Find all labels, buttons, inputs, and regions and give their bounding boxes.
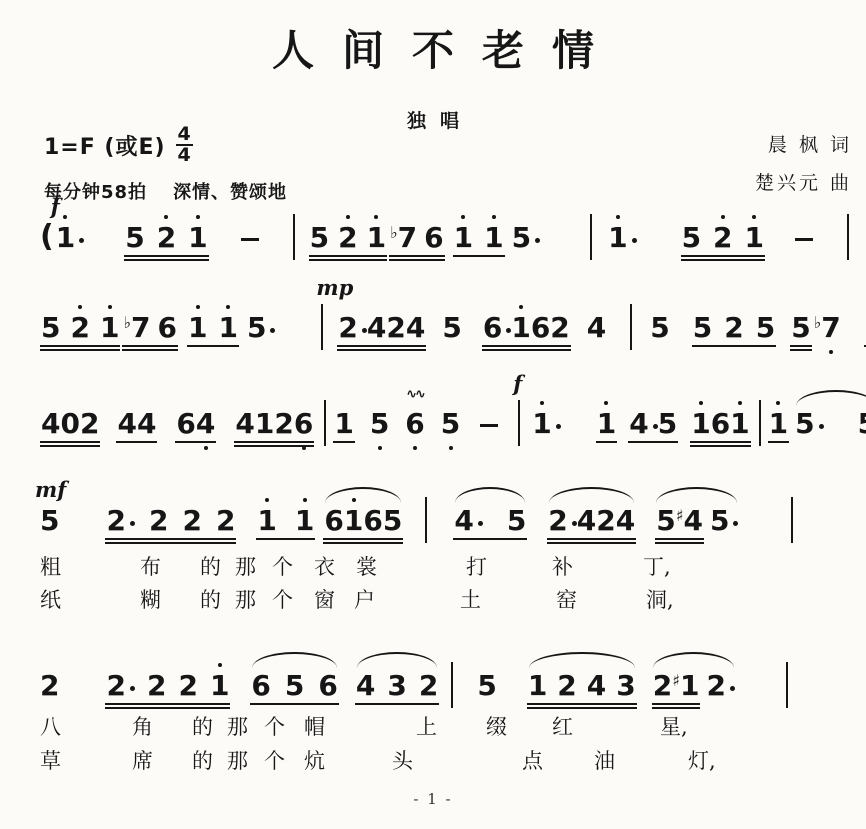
jianpu-note: 1 [608,223,636,253]
slur-arc [796,390,866,406]
slur-arc [529,652,635,668]
augmentation-dot [730,686,735,691]
note-stack: 5 [682,223,701,253]
note-group: 11 [187,313,239,343]
beam-underline [337,345,426,347]
note-stack: 4 [367,313,386,343]
beam-underline [256,538,315,540]
note-group: 44 [116,409,157,439]
beam-underline [790,349,811,351]
song-title: 人间不老情 [0,18,866,78]
beam-underline [40,345,120,347]
augmentation-dot [733,521,738,526]
note-digit: 1 [334,409,353,439]
note-digit: 2 [706,671,725,701]
beam-underline [309,259,387,261]
note-group: ♭76 [389,223,445,253]
note-digit: 1 [532,409,551,439]
note-stack: 5 [285,671,304,701]
jianpu-note: 4 [117,409,136,439]
note-digit: 5 [507,506,526,536]
note-stack: 6 [157,313,176,343]
jianpu-note: 5 [441,409,460,439]
beam-underline [105,703,230,705]
note-stack: 5 [791,313,810,343]
lyric-syllable: 油 [594,745,615,775]
note-digit: 2 [149,506,168,536]
jianpu-note: 4 [235,409,254,439]
note-digit: 2 [157,223,176,253]
duration-dash [480,424,498,427]
note-stack: 1 [730,409,749,439]
augmentation-dot [79,238,84,243]
barline [451,662,453,708]
note-digit: 2 [80,409,99,439]
note-group: 45 [628,409,678,439]
beam-underline [105,538,236,540]
note-stack: 5 [40,506,59,536]
note-stack: 4 [587,671,606,701]
note-stack: 6 [483,313,502,343]
note-stack: 5 [125,223,144,253]
lyric-syllable: 布 [140,551,161,581]
note-stack: 1 [218,313,237,343]
note-stack: 6 [405,409,424,439]
note-stack: 2 [419,671,438,701]
note-stack: 2 [178,671,197,701]
note-digit: 2 [653,671,672,701]
beam-underline [681,259,765,261]
beam-underline [790,345,811,347]
note-stack: 4 [356,671,375,701]
beam-underline [547,542,636,544]
note-stack: 2 [157,223,176,253]
note-digit: 5 [682,223,701,253]
octave-dot-low [378,446,382,450]
note-digit: 6 [531,313,550,343]
lyric-syllable: 炕 [304,745,325,775]
note-digit: 4 [587,313,606,343]
slur-arc [357,652,437,668]
note-stack: 1 [454,223,473,253]
octave-dot-high [776,401,780,405]
note-stack: 2 [713,223,732,253]
dynamic-mark: mp [316,275,353,300]
jianpu-note: 1 [334,409,353,439]
note-stack: 4 [41,409,60,439]
music-line-2: 521♭76115mp242456162455255♭71 [40,304,866,343]
beam-underline [389,259,445,261]
expression-marking: 深情、赞颂地 [173,182,287,203]
jianpu-note: 2 [596,506,615,536]
slur-arc [252,652,336,668]
beam-underline [105,707,230,709]
note-stack: 1 [528,671,547,701]
note-stack: 1 [334,409,353,439]
note-digit: 5 [656,506,675,536]
jianpu-note: 5 [650,313,669,343]
note-digit: 5 [658,409,677,439]
note-group: ♭76 [122,313,178,343]
lyric-syllable: 丁, [643,551,671,581]
duration-underline [596,441,617,443]
note-digit: 1 [528,671,547,701]
note-group: 4126 [234,409,314,439]
note-digit: 2 [338,223,357,253]
beam-underline [482,349,571,351]
lyric-syllable: 糊 [140,584,161,614]
note-digit: 6 [405,409,424,439]
jianpu-note: 5 [370,409,389,439]
augmentation-dot [819,424,824,429]
page-number: - 1 - [0,790,866,808]
barline [847,214,849,260]
jianpu-note: 5 [442,313,461,343]
lyric-syllable: 衣 [314,551,335,581]
beam-underline [116,441,157,443]
duration-underline [768,441,789,443]
note-digit: 7 [131,313,150,343]
slur-arc [656,487,737,503]
lyric-syllable: 的 [200,551,221,581]
note-stack: 5 [512,223,531,253]
note-digit: 5 [477,671,496,701]
lyric-syllable: 窗 [314,584,335,614]
note-digit: 2 [274,409,293,439]
jianpu-note: ♭7 [123,313,150,343]
lyric-syllable: 窑 [556,584,577,614]
beam-underline [547,538,636,540]
note-stack: 5 [477,671,496,701]
jianpu-note: 2 [80,409,99,439]
octave-dot-high [303,498,307,502]
jianpu-note: 6 [251,671,270,701]
note-digit: 5 [756,313,775,343]
jianpu-note: 6∿∿ [405,409,424,439]
jianpu-note: 1 [532,409,560,439]
note-group: 521 [681,223,765,253]
beam-underline [323,538,403,540]
note-stack: 6 [318,671,337,701]
music-line-4: 5mf22221161654524245♯45 [40,497,793,536]
barline [324,400,326,446]
note-group: 2♯1 [652,671,701,701]
octave-dot-high [616,215,620,219]
barline [590,214,592,260]
music-line-5: 22221656432512432♯12 [40,662,788,701]
dynamic-mark: mf [35,477,66,502]
lyric-syllable: 席 [132,745,153,775]
note-digit: 5 [441,409,460,439]
note-digit: 6 [363,506,382,536]
jianpu-note: 4 [629,409,657,439]
note-stack: 2 [216,506,235,536]
beam-underline [124,259,208,261]
octave-dot-high [78,305,82,309]
jianpu-note: ♭7 [390,223,417,253]
note-digit: 5 [791,313,810,343]
note-stack: 4 [117,409,136,439]
note-stack: 0 [60,409,79,439]
note-stack: 6 [363,506,382,536]
note-digit: 1 [597,409,616,439]
jianpu-note: 5 [285,671,304,701]
mordent-icon: ∿∿ [406,387,424,402]
slur-arc [549,487,634,503]
note-digit: 4 [577,506,596,536]
lyric-syllable: 粗 [40,551,61,581]
note-digit: 1 [730,409,749,439]
note-stack: 5 [795,409,814,439]
key-signature: 1=F (或E) 4 4 [44,126,193,164]
jianpu-note: 1 [188,223,207,253]
barline [425,497,427,543]
note-stack: 1 [745,223,764,253]
note-stack: 3 [387,671,406,701]
lyric-syllable: 户 [354,584,375,614]
note-digit: 5 [512,223,531,253]
jianpu-note: 5 [512,223,540,253]
jianpu-note: 4 [137,409,156,439]
lyric-syllable: 洞, [646,584,674,614]
jianpu-note: 5 [247,313,275,343]
note-digit: 2 [147,671,166,701]
beam-underline [453,255,505,257]
augmentation-dot [270,328,275,333]
note-digit: 6 [324,506,343,536]
note-stack: 5 [650,313,669,343]
barline [786,662,788,708]
augmentation-dot [535,238,540,243]
note-digit: 1 [691,409,710,439]
note-digit: 2 [548,506,567,536]
note-stack: 4 [629,409,648,439]
barline [759,400,761,446]
note-stack: 1 [511,313,530,343]
note-stack: 4 [577,506,596,536]
note-stack: 6 [294,409,313,439]
note-stack: 5 [441,409,460,439]
beam-underline [40,441,100,443]
note-digit: 6 [176,409,195,439]
jianpu-note: 2 [106,671,134,701]
slur-group: 2♯12 [651,671,736,701]
jianpu-note: 6 [157,313,176,343]
note-stack: 1 [367,223,386,253]
jianpu-note: 1 [218,313,237,343]
note-stack: 1 [257,506,276,536]
jianpu-note: 4 [196,409,215,439]
note-stack: 2 [70,313,89,343]
octave-dot-low [829,350,833,354]
lyric-syllable: 补 [552,551,573,581]
octave-dot-high [265,498,269,502]
time-numerator: 4 [177,126,190,143]
lyricist-credit: 晨 枫 词 [755,130,852,157]
note-digit: 1 [769,409,788,439]
beam-underline [355,703,439,705]
note-digit: 2 [557,671,576,701]
jianpu-note: 4 [406,313,425,343]
jianpu-note: ♭7 [814,313,841,343]
note-digit: 6 [318,671,337,701]
barline [630,304,632,350]
note-digit: 2 [106,671,125,701]
note-stack: 2 [724,313,743,343]
note-stack: 2 [557,671,576,701]
sheet-music-page: 人间不老情 独唱 1=F (或E) 4 4 每分钟58拍深情、赞颂地 晨 枫 词… [0,0,866,829]
note-group: 2222 [105,506,236,536]
lyric-syllable: 的 [200,584,221,614]
note-digit: 0 [60,409,79,439]
lyric-syllable: 点 [522,745,543,775]
octave-dot-high [540,401,544,405]
note-stack: 5 [658,409,677,439]
note-digit: 4 [235,409,254,439]
note-stack: 5 [756,313,775,343]
note-stack: 1 [769,409,788,439]
octave-dot-high [374,215,378,219]
note-digit: 5 [41,313,60,343]
lyric-syllable: 纸 [40,584,61,614]
jianpu-note: 6 [176,409,195,439]
jianpu-note: 1 [691,409,710,439]
jianpu-note: 5 [756,313,775,343]
note-stack: 4 [235,409,254,439]
note-digit: 6 [294,409,313,439]
note-group: 2221 [105,671,230,701]
jianpu-note: 3 [387,671,406,701]
flat-icon: ♭ [390,223,398,242]
jianpu-note: 6 [531,313,550,343]
note-digit: 1 [511,313,530,343]
beam-underline [652,707,701,709]
note-digit: 1 [255,409,274,439]
octave-dot-high [721,215,725,219]
jianpu-note: 1 [730,409,749,439]
beam-underline [40,349,120,351]
beam-underline [389,255,445,257]
beam-underline [124,255,208,257]
note-digit: 2 [724,313,743,343]
note-stack: 5 [656,506,675,536]
note-stack: 5 [41,313,60,343]
note-stack: 2 [338,313,357,343]
note-stack: 2 [706,671,725,701]
jianpu-note: 5 [41,313,60,343]
note-digit: 1 [344,506,363,536]
note-digit: 3 [616,671,635,701]
note-group: 2424 [547,506,636,536]
slur-arc [325,487,401,503]
note-stack: 3 [616,671,635,701]
octave-dot-high [196,305,200,309]
note-digit: 1 [454,223,473,253]
note-digit: 2 [40,671,59,701]
note-digit: 1 [188,313,207,343]
jianpu-note: 5mf [40,506,59,536]
note-digit: 7 [821,313,840,343]
augmentation-dot [130,686,135,691]
jianpu-note: 2 [338,223,357,253]
note-digit: 1 [367,223,386,253]
jianpu-note: 1 [745,223,764,253]
note-digit: 2 [713,223,732,253]
note-group: 521 [40,313,120,343]
duration-underline [333,441,354,443]
note-digit: 2 [596,506,615,536]
jianpu-note: 2 [386,313,405,343]
note-stack: 5 [858,409,866,439]
note-stack: 4 [196,409,215,439]
beam-underline [690,445,750,447]
lyric-syllable: 八 [40,711,61,741]
lyric-syllable: 个 [272,551,293,581]
jianpu-note: 5 [710,506,738,536]
jianpu-note: 5 [858,409,866,439]
augmentation-dot [632,238,637,243]
augmentation-dot [478,521,483,526]
jianpu-note: 1f [56,223,84,253]
jianpu-note: 2 [557,671,576,701]
beam-underline [690,441,750,443]
jianpu-note: 6 [324,506,343,536]
note-digit: 2 [106,506,125,536]
jianpu-note: 5 [507,506,526,536]
credits: 晨 枫 词 楚兴元 曲 [755,130,852,206]
note-digit: 1 [100,313,119,343]
jianpu-note: 4 [577,506,596,536]
note-digit: 1 [680,671,699,701]
note-digit: 5 [442,313,461,343]
duration-dash [241,238,259,241]
note-stack: 2 [147,671,166,701]
jianpu-note: 1 [511,313,530,343]
phrase-paren: ( [40,221,54,253]
lyric-syllable: 红 [552,711,573,741]
note-stack: 7 [398,223,417,253]
jianpu-note: 2 [550,313,569,343]
note-group: 656 [250,671,338,701]
beam-underline [323,542,403,544]
note-digit: 5 [285,671,304,701]
octave-dot-low [413,446,417,450]
jianpu-note: 2 [157,223,176,253]
note-stack: 2 [274,409,293,439]
jianpu-note: 1 [188,313,207,343]
note-digit: 2 [216,506,235,536]
jianpu-note: 2 [419,671,438,701]
note-stack: 5 [383,506,402,536]
lyric-syllable: 个 [272,584,293,614]
note-stack: 2 [182,506,201,536]
note-stack: 1 [344,506,363,536]
note-digit: 4 [356,671,375,701]
jianpu-note: 5 [795,409,823,439]
jianpu-note: 5 [383,506,402,536]
lyric-syllable: 缀 [486,711,507,741]
note-stack: 4 [406,313,425,343]
note-stack: 2 [106,506,125,536]
jianpu-note: 2 [713,223,732,253]
lyric-syllable: 帽 [304,711,325,741]
note-stack: 2 [550,313,569,343]
octave-dot-high [346,215,350,219]
note-stack: 2 [338,223,357,253]
lyric-syllable: 裳 [356,551,377,581]
lyric-syllable: 个 [264,711,285,741]
note-digit: 6 [251,671,270,701]
